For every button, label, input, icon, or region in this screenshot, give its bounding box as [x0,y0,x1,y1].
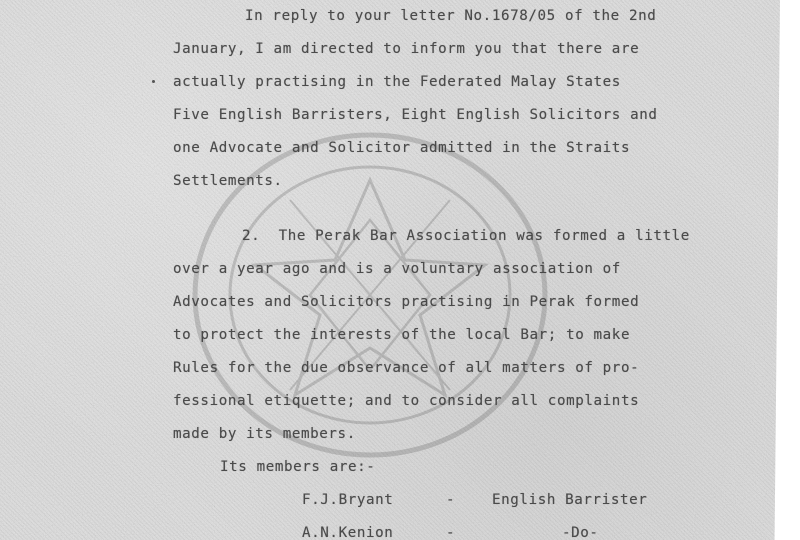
seal-stamp-icon [180,120,560,460]
ink-dot [152,80,155,83]
text-line: Five English Barristers, Eight English S… [173,107,658,123]
text-line: to protect the interests of the local Ba… [173,327,630,343]
text-line: Settlements. [173,173,283,189]
text-line: In reply to your letter No.1678/05 of th… [245,8,656,24]
member-role: English Barrister [492,492,647,508]
member-name: A.N.Kenion [302,525,393,540]
text-line: over a year ago and is a voluntary assoc… [173,261,621,277]
members-intro: Its members are:- [220,459,375,475]
member-role: -Do- [562,525,599,540]
text-line: fessional etiquette; and to consider all… [173,393,639,409]
text-line: 2. The Perak Bar Association was formed … [242,228,690,244]
text-line: actually practising in the Federated Mal… [173,74,621,90]
text-line: one Advocate and Solicitor admitted in t… [173,140,630,156]
member-name: F.J.Bryant [302,492,393,508]
text-line: Advocates and Solicitors practising in P… [173,294,639,310]
member-dash: - [446,492,455,508]
document-page: In reply to your letter No.1678/05 of th… [0,0,780,540]
text-line: January, I am directed to inform you tha… [173,41,639,57]
member-dash: - [446,525,455,540]
text-line: made by its members. [173,426,356,442]
text-line: Rules for the due observance of all matt… [173,360,639,376]
